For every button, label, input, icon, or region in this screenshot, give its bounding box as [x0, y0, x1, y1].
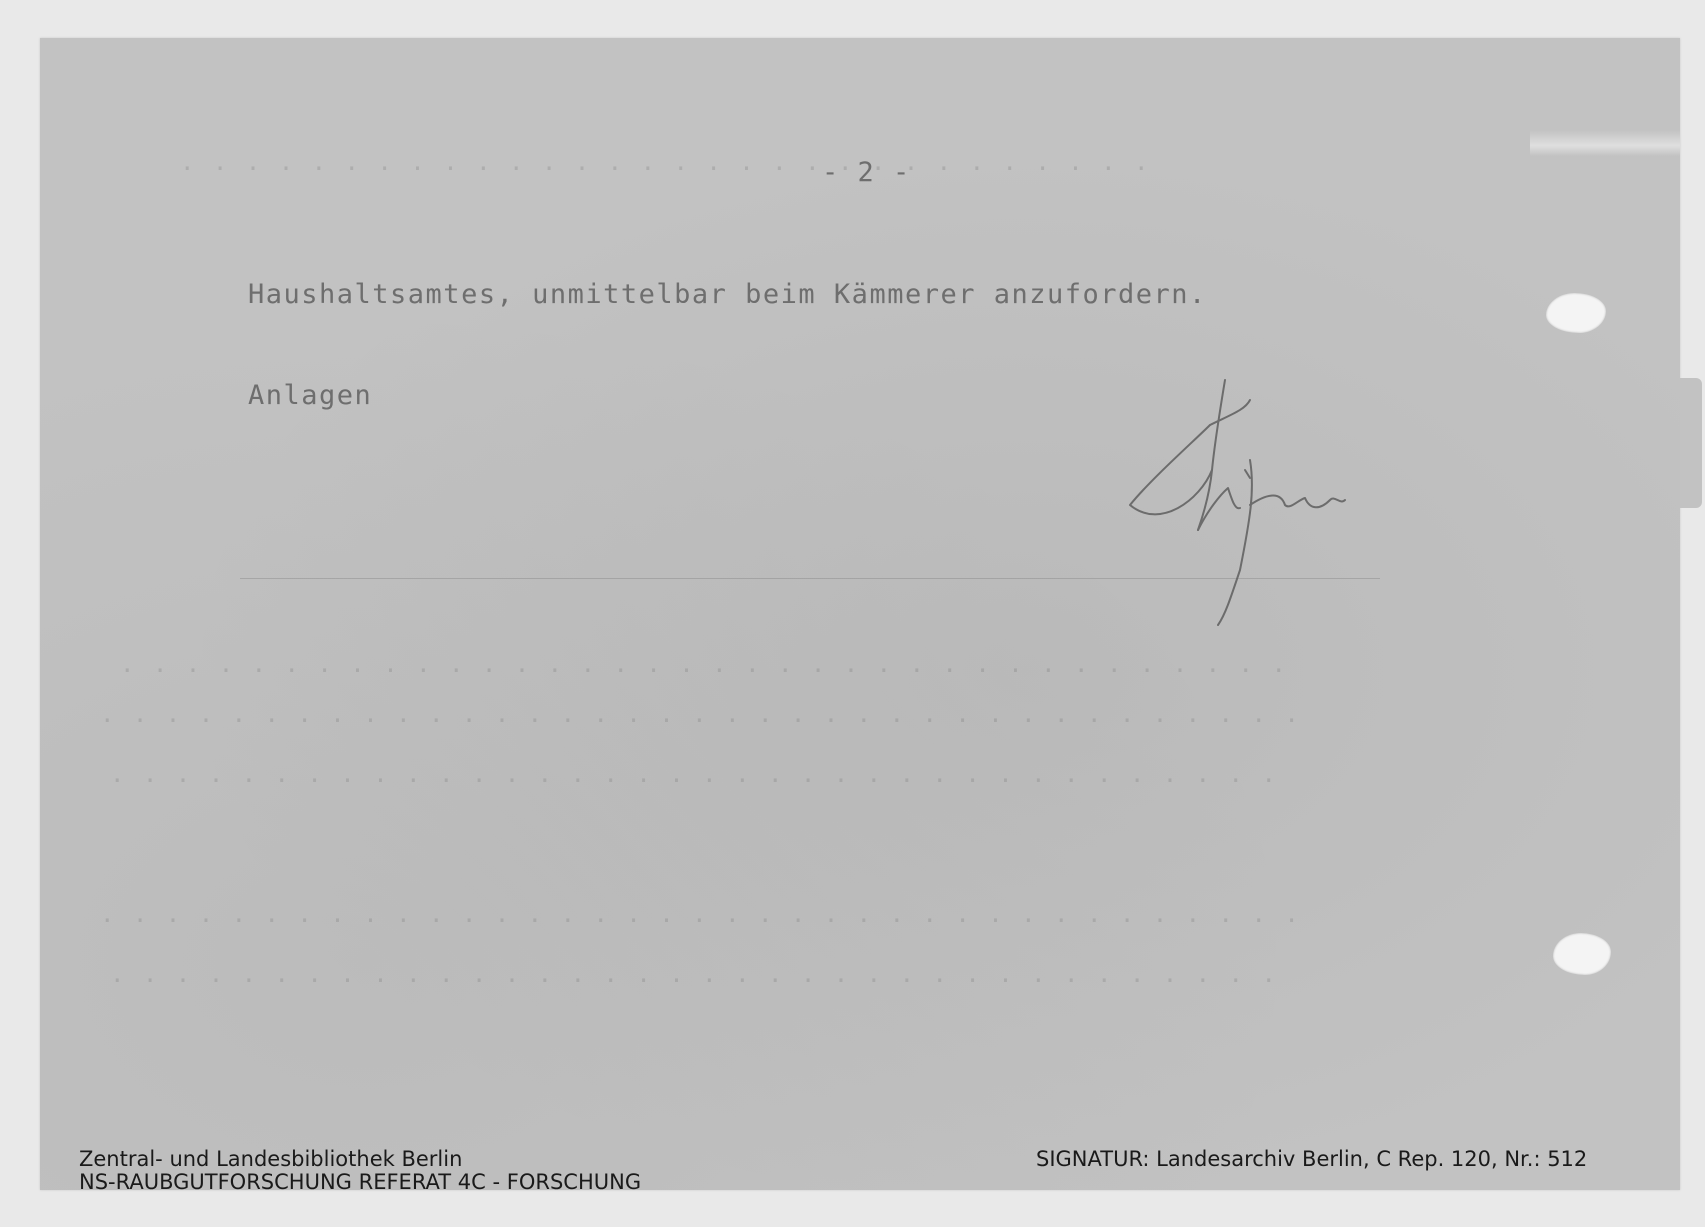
- footer-institution-line1: Zentral- und Landesbibliothek Berlin: [79, 1148, 641, 1171]
- bleed-through-text: . . . . . . . . . . . . . . . . . . . . …: [110, 960, 1278, 988]
- footer-institution: Zentral- und Landesbibliothek Berlin NS-…: [79, 1148, 641, 1194]
- bleed-through-text: . . . . . . . . . . . . . . . . . . . . …: [120, 650, 1288, 678]
- bleed-through-text: . . . . . . . . . . . . . . . . . . . . …: [100, 700, 1301, 728]
- page-number: - 2 -: [822, 157, 911, 188]
- handwritten-signature: [1100, 370, 1430, 630]
- bleed-through-text: . . . . . . . . . . . . . . . . . . . . …: [110, 760, 1278, 788]
- paper-tab: [1680, 378, 1702, 508]
- footer-signatur: SIGNATUR: Landesarchiv Berlin, C Rep. 12…: [1036, 1148, 1587, 1171]
- paper-crease: [1530, 130, 1680, 156]
- attachments-label: Anlagen: [248, 380, 372, 411]
- footer-institution-line2: NS-RAUBGUTFORSCHUNG REFERAT 4C - FORSCHU…: [79, 1171, 641, 1194]
- punch-hole-top: [1546, 293, 1606, 333]
- bleed-through-text: . . . . . . . . . . . . . . . . . . . . …: [180, 148, 1151, 176]
- body-text: Haushaltsamtes, unmittelbar beim Kämmere…: [248, 279, 1207, 310]
- scanned-document-page: [40, 38, 1680, 1190]
- bleed-through-text: . . . . . . . . . . . . . . . . . . . . …: [100, 900, 1301, 928]
- punch-hole-bottom: [1553, 933, 1611, 975]
